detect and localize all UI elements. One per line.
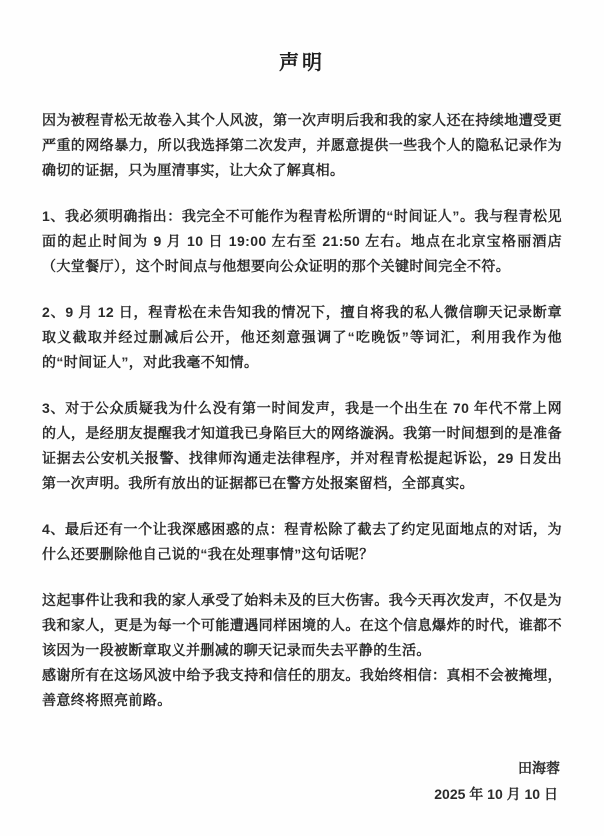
statement-intro-paragraph: 因为被程青松无故卷入其个人风波，第一次声明后我和我的家人还在持续地遭受更严重的网… (42, 108, 562, 183)
signature-name: 田海蓉 (42, 755, 560, 781)
statement-title: 声明 (42, 50, 562, 76)
statement-item-2: 2、9 月 12 日，程青松在未告知我的情况下，擅自将我的私人微信聊天记录断章取… (42, 300, 562, 375)
signature-date: 2025 年 10 月 10 日 (42, 781, 560, 807)
statement-page: 声明 因为被程青松无故卷入其个人风波，第一次声明后我和我的家人还在持续地遭受更严… (0, 0, 604, 836)
statement-item-1: 1、我必须明确指出：我完全不可能作为程青松所谓的“时间证人”。我与程青松见面的起… (42, 204, 562, 279)
signature-block: 田海蓉 2025 年 10 月 10 日 (42, 755, 562, 807)
statement-closing-paragraph: 这起事件让我和我的家人承受了始料未及的巨大伤害。我今天再次发声，不仅是为我和家人… (42, 588, 562, 663)
statement-item-3: 3、对于公众质疑我为什么没有第一时间发声，我是一个出生在 70 年代不常上网的人… (42, 396, 562, 496)
statement-thanks-paragraph: 感谢所有在这场风波中给予我支持和信任的朋友。我始终相信：真相不会被掩埋，善意终将… (42, 663, 562, 713)
statement-item-4: 4、最后还有一个让我深感困惑的点：程青松除了截去了约定见面地点的对话，为什么还要… (42, 517, 562, 567)
